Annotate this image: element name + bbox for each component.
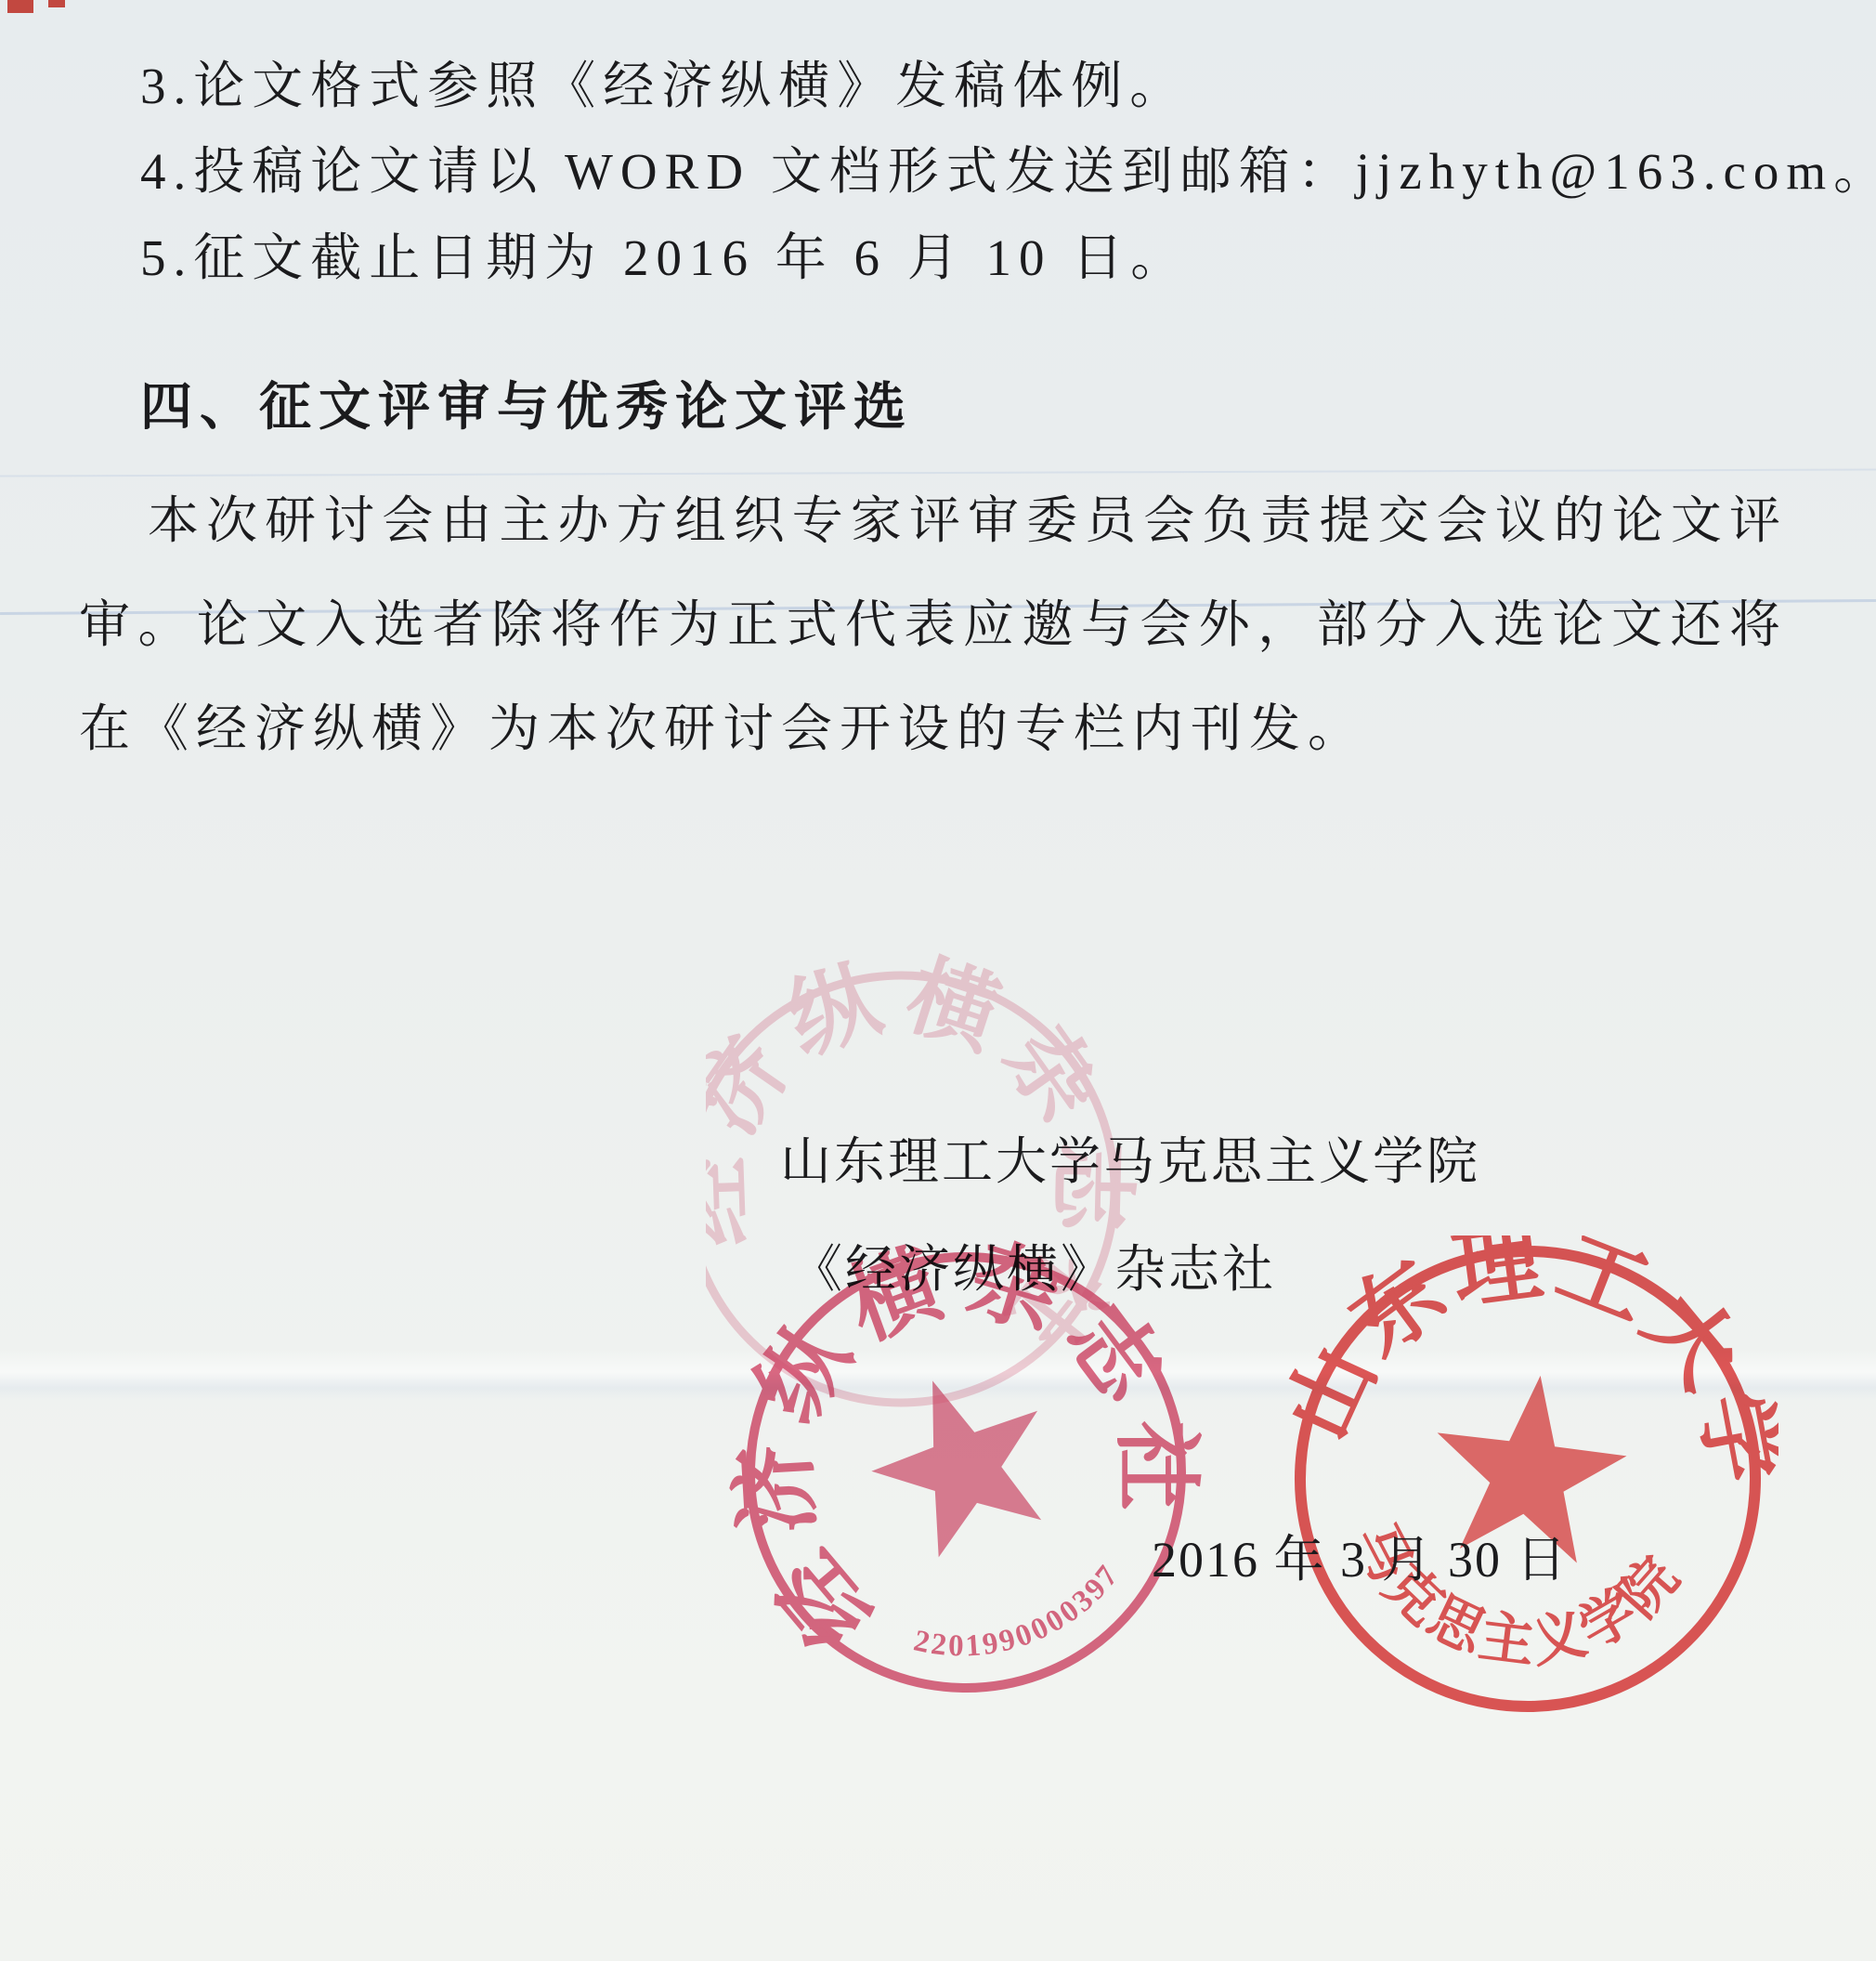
scan-artifact (48, 0, 65, 7)
scan-artifact (7, 0, 33, 13)
stamp-serial-number: 2201990000397 (901, 1551, 1139, 1690)
body-paragraph: 本次研讨会由主办方组织专家评审委员会负责提交会议的论文评审。论文入选者除将作为正… (79, 469, 1788, 781)
stamp-left-magazine-seal: 经济纵横杂志社 经济纵横杂志社 2201990000397 (706, 938, 1226, 1709)
list-item-3: 3.论文格式参照《经济纵横》发稿体例。 (79, 45, 1188, 118)
stamp-right-university-seal: 山东理工大学 马克思主义学院 (1277, 1235, 1778, 1737)
stamp-main-impression: 山东理工大学 马克思主义学院 (1277, 1235, 1778, 1737)
list-item-4: 4.投稿论文请以 WORD 文档形式发送到邮箱：jjzhyth@163.com。 (79, 130, 1876, 203)
stamp-ring-text: 经济纵横杂志社 (706, 1163, 1226, 1678)
section-heading: 四、征文评审与优秀论文评选 (79, 366, 913, 440)
document-date: 2016 年 3 月 30 日 (1152, 1520, 1569, 1591)
list-item-5: 5.征文截止日期为 2016 年 6 月 10 日。 (79, 216, 1189, 290)
stamp-main-impression: 经济纵横杂志社 2201990000397 (706, 1163, 1226, 1709)
star-icon (850, 1351, 1074, 1569)
scanned-page: 3.论文格式参照《经济纵横》发稿体例。 4.投稿论文请以 WORD 文档形式发送… (0, 0, 1876, 1961)
